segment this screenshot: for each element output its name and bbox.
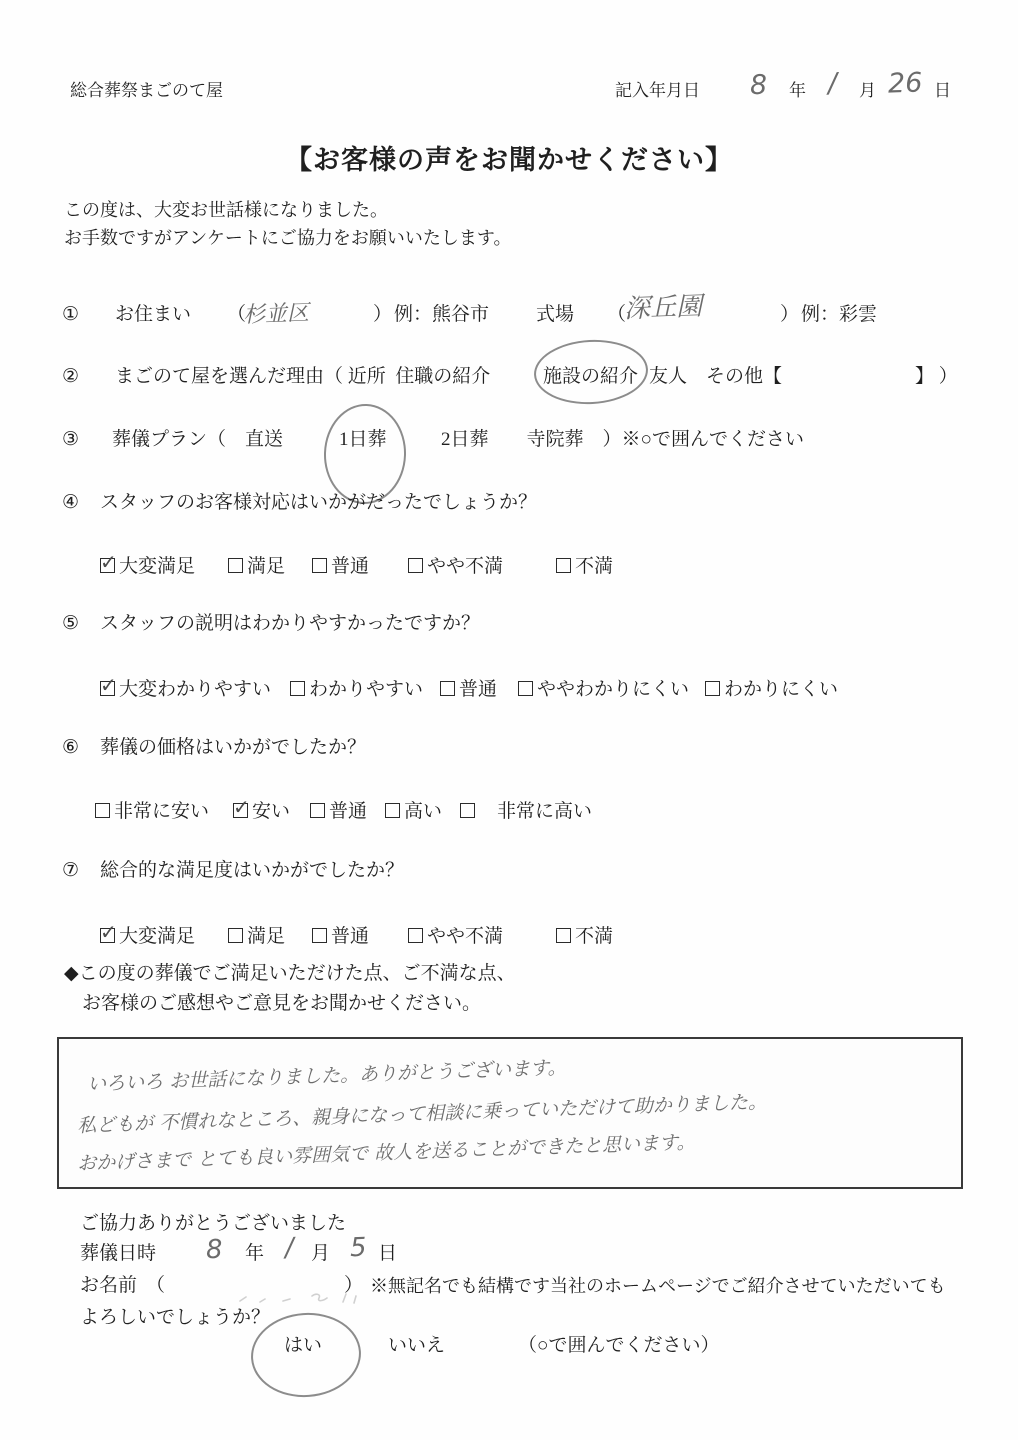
option-label: わかりにくい xyxy=(724,679,838,700)
checkbox-icon xyxy=(95,803,110,818)
funeral-month-suffix: 月 xyxy=(311,1242,330,1266)
page-title: 【お客様の声をお聞かせください】 xyxy=(0,138,1018,177)
q1-answer-venue: 深丘園 xyxy=(623,286,702,326)
checkbox-icon xyxy=(100,681,115,696)
comment-handwritten-line-1: いろいろ お世話になりました。ありがとうございます。 xyxy=(87,1053,567,1097)
option-label: 不満 xyxy=(575,556,613,577)
comment-box: いろいろ お世話になりました。ありがとうございます。 私どもが 不慣れなところ、… xyxy=(57,1037,963,1189)
consent-no: いいえ xyxy=(388,1334,445,1358)
q6-option-5: 非常に高い xyxy=(460,796,592,823)
comment-prompt-line-2: お客様のご感想やご意見をお聞かせください。 xyxy=(82,992,481,1016)
name-paren-open: （ xyxy=(146,1274,165,1298)
checkbox-icon xyxy=(100,928,115,943)
option-label: 大変満足 xyxy=(119,556,195,577)
q4-option-3: 普通 xyxy=(312,551,369,578)
checkbox-icon xyxy=(312,558,327,573)
q7-question: 総合的な満足度はいかがでしたか？ xyxy=(100,859,404,883)
day-suffix: 日 xyxy=(934,80,951,101)
survey-form-scan: 総合葬祭まごのて屋 記入年月日 8 年 / 月 26 日 【お客様の声をお聞かせ… xyxy=(0,0,1018,1440)
q4-number: ④ xyxy=(62,491,79,515)
option-label: わかりやすい xyxy=(309,679,423,700)
q2-text-after: 友人 その他【 】 ） xyxy=(649,365,958,389)
q7-option-2: 満足 xyxy=(228,921,285,948)
option-label: 満足 xyxy=(247,556,285,577)
q6-option-4: 高い xyxy=(385,796,442,823)
checkbox-icon xyxy=(385,803,400,818)
year-suffix: 年 xyxy=(789,80,806,101)
fill-date-label: 記入年月日 xyxy=(615,80,700,101)
q4-option-4: やや不満 xyxy=(408,551,503,578)
q4-option-1: 大変満足 xyxy=(100,551,195,578)
checkbox-icon xyxy=(100,558,115,573)
checkbox-icon xyxy=(460,803,475,818)
q7-option-5: 不満 xyxy=(556,921,613,948)
q2-number: ② xyxy=(62,365,79,389)
option-label: 高い xyxy=(404,801,442,822)
name-label: お名前 xyxy=(80,1274,137,1298)
q4-option-2: 満足 xyxy=(228,551,285,578)
option-label: 普通 xyxy=(331,926,369,947)
thanks-text: ご協力ありがとうございました xyxy=(80,1212,346,1236)
q4-question: スタッフのお客様対応はいかがだったでしょうか？ xyxy=(100,491,537,515)
funeral-day-suffix: 日 xyxy=(378,1242,397,1266)
q7-option-1: 大変満足 xyxy=(100,921,195,948)
option-label: 普通 xyxy=(331,556,369,577)
name-note: ※無記名でも結構です当社のホームページでご紹介させていただいても xyxy=(370,1275,946,1298)
q7-option-4: やや不満 xyxy=(408,921,503,948)
q3-number: ③ xyxy=(62,428,79,452)
q5-option-5: わかりにくい xyxy=(705,674,838,701)
option-label: ややわかりにくい xyxy=(537,679,689,700)
option-label: 非常に高い xyxy=(497,801,592,822)
q7-option-3: 普通 xyxy=(312,921,369,948)
q2-circle-annotation xyxy=(532,337,649,407)
q4-options-row: 大変満足 満足 普通 やや不満 不満 xyxy=(0,551,1018,579)
funeral-date-year-value: 8 xyxy=(205,1235,223,1266)
option-label: 大変満足 xyxy=(119,926,195,947)
q6-option-1: 非常に安い xyxy=(95,796,209,823)
q5-option-1: 大変わかりやすい xyxy=(100,674,271,701)
intro-line-2: お手数ですがアンケートにご協力をお願いいたします。 xyxy=(64,227,511,250)
q1-label: お住まい xyxy=(115,303,191,327)
q1-example-city: 例：熊谷市 xyxy=(394,303,489,327)
q1-answer-city: 杉並区 xyxy=(242,296,309,329)
q3-text-before: 葬儀プラン（ 直送 xyxy=(112,428,283,452)
month-suffix: 月 xyxy=(859,80,876,101)
q1-number: ① xyxy=(62,303,79,327)
q5-option-4: ややわかりにくい xyxy=(518,674,689,701)
q4-option-5: 不満 xyxy=(556,551,613,578)
intro-line-1: この度は、大変お世話様になりました。 xyxy=(64,199,388,222)
option-label: 普通 xyxy=(329,801,367,822)
checkbox-icon xyxy=(705,681,720,696)
checkbox-icon xyxy=(556,928,571,943)
q1-paren-close-city: ） xyxy=(373,303,392,327)
q6-options-row: 非常に安い 安い 普通 高い 非常に高い xyxy=(0,796,1018,824)
fill-date-month-value: / xyxy=(827,68,837,99)
option-label: 満足 xyxy=(247,926,285,947)
q3-text-after: 2日葬 寺院葬 ）※○で囲んでください xyxy=(441,428,804,452)
funeral-date-label: 葬儀日時 xyxy=(80,1242,156,1266)
checkbox-icon xyxy=(408,928,423,943)
fill-date-year-value: 8 xyxy=(749,70,767,102)
q2-text-before: まごのて屋を選んだ理由（ 近所 住職の紹介 xyxy=(115,365,490,389)
company-name: 総合葬祭まごのて屋 xyxy=(70,80,223,101)
option-label: 非常に安い xyxy=(114,801,209,822)
funeral-date-month-value: / xyxy=(284,1233,294,1263)
checkbox-icon xyxy=(312,928,327,943)
name-note-2: よろしいでしょうか？ xyxy=(80,1306,270,1330)
q6-option-2: 安い xyxy=(233,796,290,823)
q6-number: ⑥ xyxy=(62,736,79,760)
funeral-year-suffix: 年 xyxy=(245,1242,264,1266)
checkbox-icon xyxy=(228,558,243,573)
fill-date-day-value: 26 xyxy=(887,67,922,99)
checkbox-icon xyxy=(310,803,325,818)
funeral-date-day-value: 5 xyxy=(349,1233,367,1264)
q6-option-3: 普通 xyxy=(310,796,367,823)
option-label: 不満 xyxy=(575,926,613,947)
option-label: 安い xyxy=(252,801,290,822)
checkbox-icon xyxy=(408,558,423,573)
q3-circle-annotation xyxy=(322,403,407,506)
checkbox-icon xyxy=(556,558,571,573)
option-label: 普通 xyxy=(459,679,497,700)
q1-paren-close-venue: ） xyxy=(780,303,799,327)
checkbox-icon xyxy=(233,803,248,818)
q5-question: スタッフの説明はわかりやすかったですか？ xyxy=(100,612,480,636)
checkbox-icon xyxy=(518,681,533,696)
checkbox-icon xyxy=(290,681,305,696)
option-label: 大変わかりやすい xyxy=(119,679,271,700)
circle-instruction: （○で囲んでください） xyxy=(518,1334,719,1358)
q7-number: ⑦ xyxy=(62,859,79,883)
q5-option-3: 普通 xyxy=(440,674,497,701)
q6-question: 葬儀の価格はいかがでしたか？ xyxy=(100,736,366,760)
q1-example-venue: 例：彩雲 xyxy=(801,303,877,327)
comment-prompt-line-1: ◆この度の葬儀でご満足いただけた点、ご不満な点、 xyxy=(64,962,516,986)
q5-option-2: わかりやすい xyxy=(290,674,423,701)
q5-number: ⑤ xyxy=(62,612,79,636)
option-label: やや不満 xyxy=(427,926,503,947)
q1-venue-label: 式場 xyxy=(536,303,574,327)
checkbox-icon xyxy=(440,681,455,696)
checkbox-icon xyxy=(228,928,243,943)
option-label: やや不満 xyxy=(427,556,503,577)
q7-options-row: 大変満足 満足 普通 やや不満 不満 xyxy=(0,921,1018,949)
q5-options-row: 大変わかりやすい わかりやすい 普通 ややわかりにくい わかりにくい xyxy=(0,674,1018,702)
